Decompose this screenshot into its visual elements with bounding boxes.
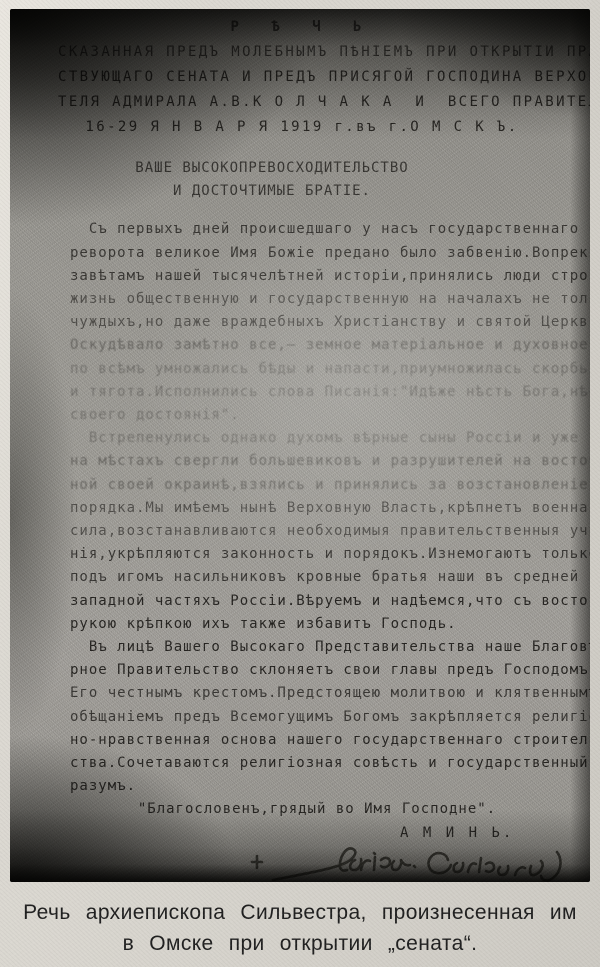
typewritten-line: завѣтамъ нашей тысячелѣтней исторіи,прин… <box>70 265 584 288</box>
typewritten-line: чуждыхъ,но даже враждебныхъ Христіанству… <box>70 311 584 334</box>
typewritten-line: "Благословенъ,грядый во Имя Господне". <box>60 798 574 821</box>
typewritten-line: рное Правительство склоняетъ свои главы … <box>70 659 584 682</box>
caption-line-1: Речь архиепископа Сильвестра, произнесен… <box>0 897 600 928</box>
typewritten-line: порядка.Мы имѣемъ нынѣ Верховную Власть,… <box>70 497 584 520</box>
typewritten-line: ства.Сочетаваются религіозная совѣсть и … <box>70 752 584 775</box>
typewritten-text: Р Ѣ Ч ЬСКАЗАННАЯ ПРЕДЪ МОЛЕБНЫМЪ ПѢНІЕМЪ… <box>10 9 590 882</box>
caption: Речь архиепископа Сильвестра, произнесен… <box>0 897 600 959</box>
typewritten-line: Р Ѣ Ч Ь <box>45 15 559 40</box>
typewritten-line: Оскудѣвало замѣтно все,— земное матеріал… <box>70 334 584 357</box>
typewritten-line: Въ лицѣ Вашего Высокаго Представительств… <box>70 636 584 659</box>
typewritten-line: обѣщаніемъ предъ Всемогущимъ Богомъ закр… <box>70 706 584 729</box>
typewritten-line: подъ игомъ насильниковъ кровные братья н… <box>70 566 584 589</box>
signature-stroke <box>205 838 585 882</box>
typewritten-line: но-нравственная основа нашего государств… <box>70 729 584 752</box>
typewritten-line: на мѣстахъ свергли большевиковъ и разруш… <box>70 450 584 473</box>
page: Р Ѣ Ч ЬСКАЗАННАЯ ПРЕДЪ МОЛЕБНЫМЪ ПѢНІЕМЪ… <box>0 0 600 967</box>
caption-line-2: в Омске при открытии „сената“. <box>0 928 600 959</box>
typewritten-line: СТВУЮЩАГО СЕНАТА И ПРЕДЪ ПРИСЯГОЙ ГОСПОД… <box>58 65 572 90</box>
typewritten-line: по всѣмъ умножались бѣды и напасти,приум… <box>70 358 584 381</box>
typewritten-line: ВАШЕ ВЫСОКОПРЕВОСХОДИТЕЛЬСТВО <box>15 157 529 180</box>
typewritten-line: сила,возстанавливаются необходимыя прави… <box>70 520 584 543</box>
typewritten-line: рукою крѣпкою ихъ также избавитъ Господь… <box>70 613 584 636</box>
typewritten-line: жизнь общественную и государственную на … <box>70 288 584 311</box>
typewritten-line: разумъ. <box>70 775 584 798</box>
document-photo: Р Ѣ Ч ЬСКАЗАННАЯ ПРЕДЪ МОЛЕБНЫМЪ ПѢНІЕМЪ… <box>10 9 590 882</box>
typewritten-line: западной частяхъ Россіи.Вѣруемъ и надѣем… <box>70 590 584 613</box>
typewritten-line: и тягота.Исполнились слова Писанія:"Идѣж… <box>70 381 584 404</box>
typewritten-line: реворота великое Имя Божіе предано было … <box>70 242 584 265</box>
typewritten-line: 16-29 Я Н В А Р Я 1919 г.въ г.О М С К Ъ. <box>45 115 559 140</box>
typewritten-line: И ДОСТОЧТИМЫЕ БРАТІЕ. <box>15 180 529 203</box>
typewritten-line: ной своей окраинѣ,взялись и принялись за… <box>70 474 584 497</box>
typewritten-line: Его честнымъ крестомъ.Предстоящею молитв… <box>70 682 584 705</box>
typewritten-line: Съ первыхъ дней происшедшаго у насъ госу… <box>70 218 584 241</box>
typewritten-line: Встрепенулись однако духомъ вѣрные сыны … <box>70 427 584 450</box>
typewritten-line: нія,укрѣпляются законность и порядокъ.Из… <box>70 543 584 566</box>
signature <box>205 838 585 882</box>
typewritten-line: ТЕЛЯ АДМИРАЛА А.В.К О Л Ч А К А И ВСЕГО … <box>58 90 572 115</box>
typewritten-line: СКАЗАННАЯ ПРЕДЪ МОЛЕБНЫМЪ ПѢНІЕМЪ ПРИ ОТ… <box>58 40 572 65</box>
typewritten-line: своего достоянія". <box>70 404 584 427</box>
